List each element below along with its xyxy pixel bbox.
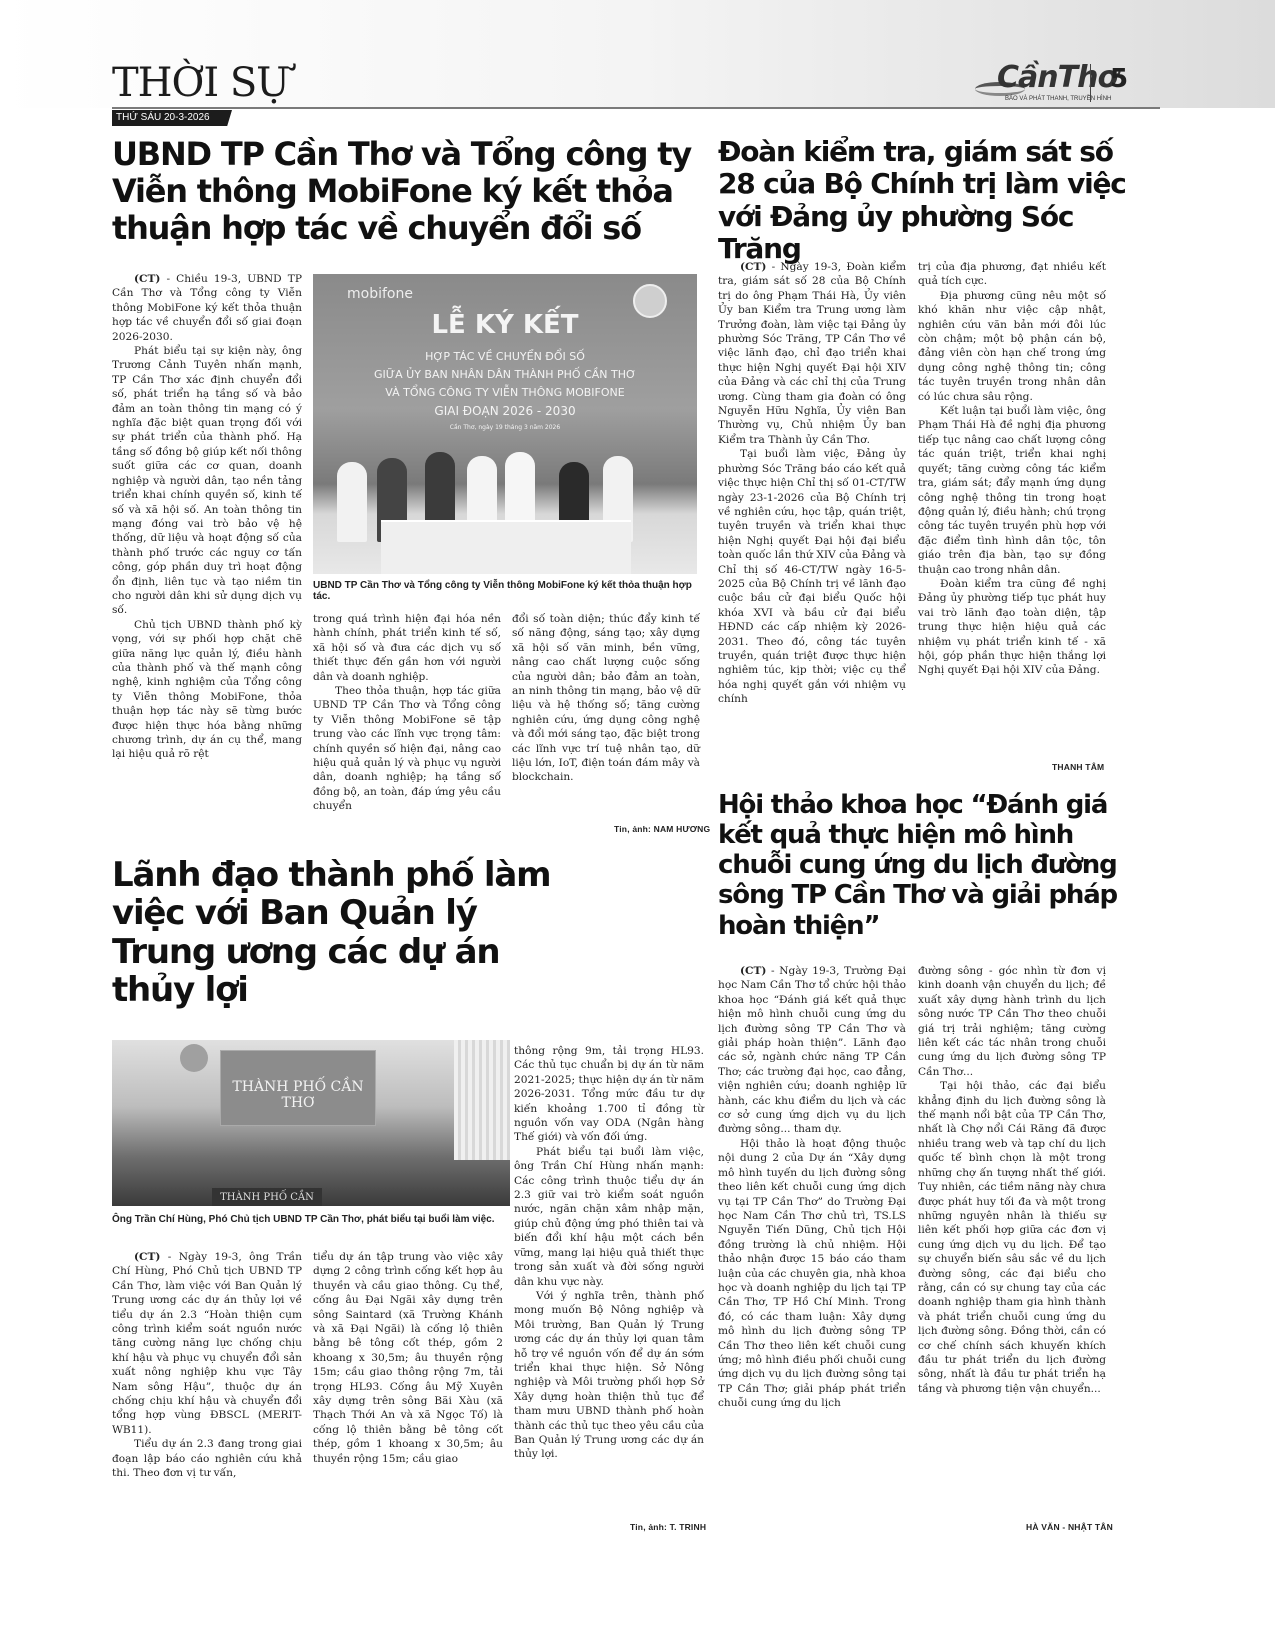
article2-lead: - Ngày 19-3, Đoàn kiểm tra, giám sát số … <box>718 261 906 446</box>
article1-col3: đổi số toàn diện; thúc đẩy kinh tế số nă… <box>512 612 700 785</box>
desk-sign: THÀNH PHỐ CẦN THƠ <box>212 1188 322 1206</box>
article1-paragraph: Theo thỏa thuận, hợp tác giữa UBND TP Cầ… <box>313 684 501 814</box>
masthead-logo: CầnThơ BÁO VÀ PHÁT THANH, TRUYỀN HÌNH <box>975 60 1085 106</box>
screen-title: LỄ KÝ KẾT <box>313 310 697 340</box>
article2-paragraph: Tại buổi làm việc, Đảng ủy phường Sóc Tr… <box>718 447 906 706</box>
article4-byline: HÀ VĂN - NHẬT TÂN <box>1026 1522 1113 1532</box>
article4-headline: Hội thảo khoa học “Đánh giá kết quả thực… <box>718 790 1138 941</box>
article3-byline: Tin, ảnh: T. TRINH <box>630 1522 706 1532</box>
signing-table <box>381 520 631 574</box>
article1-paragraph: đổi số toàn diện; thúc đẩy kinh tế số nă… <box>512 612 700 785</box>
article4-paragraph: Tại hội thảo, các đại biểu khẳng định du… <box>918 1079 1106 1396</box>
article2-col2: trị của địa phương, đạt nhiều kết quả tí… <box>918 260 1106 678</box>
screen-line: VÀ TỔNG CÔNG TY VIỄN THÔNG MOBIFONE <box>313 386 697 399</box>
article3-paragraph: tiểu dự án tập trung vào việc xây dựng 2… <box>313 1250 503 1466</box>
mobifone-logo: mobifone <box>347 286 413 302</box>
screen-line: HỢP TÁC VỀ CHUYỂN ĐỔI SỐ <box>313 350 697 363</box>
masthead-divider <box>1090 64 1091 102</box>
article1-photo: mobifone LỄ KÝ KẾT HỢP TÁC VỀ CHUYỂN ĐỔI… <box>313 274 697 574</box>
article1-paragraph: Phát biểu tại sự kiện này, ông Trương Cả… <box>112 344 302 618</box>
article4-paragraph: đường sông - góc nhìn từ đơn vị kinh doa… <box>918 964 1106 1079</box>
screen-date: Cần Thơ, ngày 19 tháng 3 năm 2026 <box>313 424 697 431</box>
masthead-tagline: BÁO VÀ PHÁT THANH, TRUYỀN HÌNH <box>1005 96 1111 102</box>
article2-byline: THANH TÂM <box>1052 762 1104 772</box>
article2-paragraph: Đoàn kiểm tra cũng đề nghị Đảng ủy phườn… <box>918 577 1106 678</box>
article4-col1: (CT) - Ngày 19-3, Trường Đại học Nam Cần… <box>718 964 906 1411</box>
article3-paragraph: Phát biểu tại buổi làm việc, ông Trần Ch… <box>514 1145 704 1289</box>
source-tag: (CT) <box>740 965 766 977</box>
article1-photo-caption: UBND TP Cần Thơ và Tổng công ty Viễn thô… <box>313 580 703 602</box>
source-tag: (CT) <box>134 273 160 285</box>
page-number: 5 <box>1110 64 1128 94</box>
issue-date: THỨ SÁU 20-3-2026 <box>112 110 232 126</box>
wall-sign: THÀNH PHỐ CẦN THƠ <box>220 1050 376 1126</box>
article3-col3: thông rộng 9m, tải trọng HL93. Các thủ t… <box>514 1044 704 1462</box>
article3-col1: (CT) - Ngày 19-3, ông Trần Chí Hùng, Phó… <box>112 1250 302 1481</box>
article3-paragraph: Tiểu dự án 2.3 đang trong giai đoạn lập … <box>112 1437 302 1480</box>
screen-line: GIỮA ỦY BAN NHÂN DÂN THÀNH PHỐ CẦN THƠ <box>313 368 697 381</box>
article3-lead: - Ngày 19-3, ông Trần Chí Hùng, Phó Chủ … <box>112 1251 302 1436</box>
article1-paragraph: trong quá trình hiện đại hóa nền hành ch… <box>313 612 501 684</box>
screen-line: GIAI ĐOẠN 2026 - 2030 <box>313 404 697 418</box>
article4-col2: đường sông - góc nhìn từ đơn vị kinh doa… <box>918 964 1106 1396</box>
source-tag: (CT) <box>740 261 766 273</box>
article4-lead: - Ngày 19-3, Trường Đại học Nam Cần Thơ … <box>718 965 906 1135</box>
article3-headline: Lãnh đạo thành phố làm việc với Ban Quản… <box>112 856 582 1010</box>
article1-headline: UBND TP Cần Thơ và Tổng công ty Viễn thô… <box>112 136 712 247</box>
section-title: THỜI SỰ <box>112 60 289 106</box>
article2-headline: Đoàn kiểm tra, giám sát số 28 của Bộ Chí… <box>718 136 1138 266</box>
article3-photo-caption: Ông Trần Chí Hùng, Phó Chủ tịch UBND TP … <box>112 1214 512 1225</box>
article3-col2: tiểu dự án tập trung vào việc xây dựng 2… <box>313 1250 503 1466</box>
article2-col1: (CT) - Ngày 19-3, Đoàn kiểm tra, giám sá… <box>718 260 906 707</box>
article1-paragraph: Chủ tịch UBND thành phố kỳ vọng, với sự … <box>112 618 302 762</box>
article3-paragraph: thông rộng 9m, tải trọng HL93. Các thủ t… <box>514 1044 704 1145</box>
header-rule <box>112 107 1160 109</box>
article3-paragraph: Với ý nghĩa trên, thành phố mong muốn Bộ… <box>514 1289 704 1462</box>
article1-col1: (CT) - Chiều 19-3, UBND TP Cần Thơ và Tổ… <box>112 272 302 762</box>
article1-col2: trong quá trình hiện đại hóa nền hành ch… <box>313 612 501 814</box>
article2-paragraph: trị của địa phương, đạt nhiều kết quả tí… <box>918 260 1106 289</box>
article2-paragraph: Địa phương cũng nêu một số khó khăn như … <box>918 289 1106 404</box>
masthead-name: CầnThơ <box>997 60 1117 95</box>
source-tag: (CT) <box>134 1251 160 1263</box>
article2-paragraph: Kết luận tại buổi làm việc, ông Phạm Thá… <box>918 404 1106 577</box>
article4-paragraph: Hội thảo là hoạt động thuộc nội dung 2 c… <box>718 1137 906 1411</box>
curtain <box>454 1040 510 1160</box>
national-emblem-icon <box>180 1044 208 1072</box>
article3-photo: THÀNH PHỐ CẦN THƠ THÀNH PHỐ CẦN THƠ <box>112 1040 510 1206</box>
article1-byline: Tin, ảnh: NAM HƯƠNG <box>614 824 710 834</box>
